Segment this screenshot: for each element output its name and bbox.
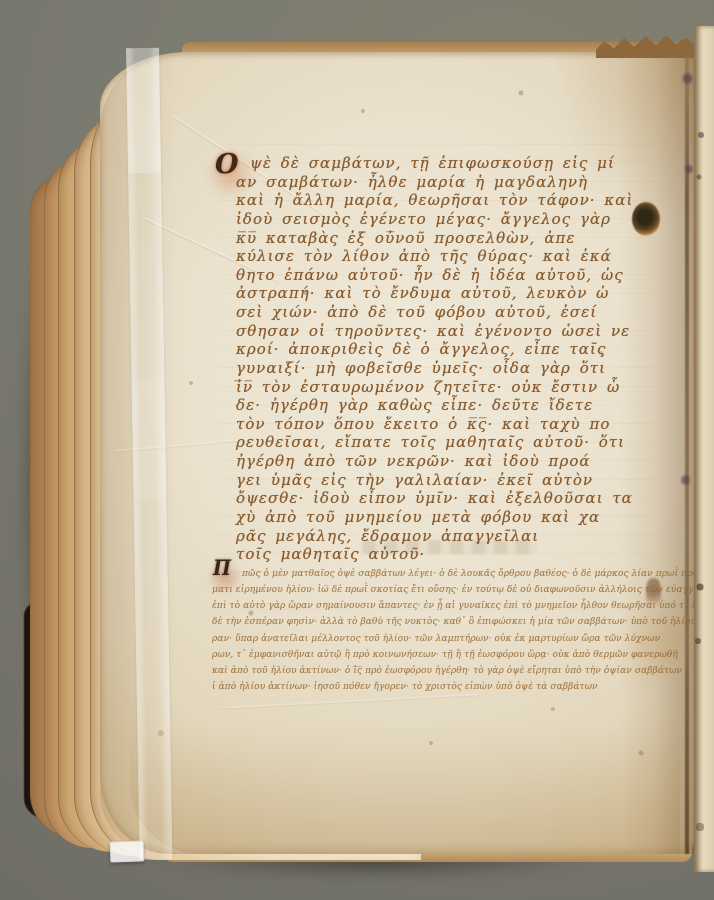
scholion-line: δὲ τὴν ἑσπέραν φησὶν· ἀλλὰ τὸ βαθὺ τῆς ν…: [212, 614, 682, 630]
text-line: ἀστραπή· καὶ τὸ ἔνδυμα αὐτοῦ, λευκὸν ὡ: [236, 284, 656, 303]
parchment-crease: [220, 693, 480, 708]
binding-strap-highlight: [131, 378, 166, 499]
scholion-line: καὶ ἀπὸ τοῦ ἡλίου ἀκτίνων· ὁ ἰ̅ς̅ πρὸ ἑω…: [212, 663, 682, 679]
scholion-line: ρων, τ᾽ ἐμφανισθῆναι αὐτῷ ἢ πρὸ κοινωνήσ…: [212, 647, 682, 663]
text-line: κ̅υ̅ καταβὰς ἐξ οὐ̅νοῦ προσελθὼν, ἀπε: [236, 229, 656, 248]
text-line: τὸν τόπον ὅπου ἔκειτο ὁ κ̅ς̅· καὶ ταχὺ π…: [236, 415, 656, 434]
main-initial-letter: Ο: [215, 149, 239, 180]
text-line: τοῖς μαθηταῖς αὐτοῦ·: [236, 545, 656, 564]
manuscript-photograph: Ο ψὲ δὲ σαμβάτων, τῇ ἐπιφωσκούσῃ εἰς μί …: [0, 0, 714, 900]
binding-strap-tab: [110, 840, 145, 862]
text-line: χὺ ἀπὸ τοῦ μνημείου μετὰ φόβου καὶ χα: [236, 508, 656, 527]
gutter-stain: [681, 474, 690, 486]
scholion-text-block: πῶς ὁ μὲν ματθαῖος ὀψὲ σαββάτων λέγει· ὁ…: [212, 566, 682, 695]
scholion-line: πῶς ὁ μὲν ματθαῖος ὀψὲ σαββάτων λέγει· ὁ…: [242, 566, 682, 582]
gospel-text-block: ψὲ δὲ σαμβάτων, τῇ ἐπιφωσκούσῃ εἰς μί αν…: [236, 154, 656, 564]
text-line: γυναιξί· μὴ φοβεῖσθε ὑμεῖς· οἶδα γὰρ ὅτι: [236, 359, 656, 378]
text-line: σθησαν οἱ τηροῦντες· καὶ ἐγένοντο ὡσεὶ ν…: [236, 322, 656, 341]
gutter-stain: [682, 72, 693, 85]
manuscript-page: Ο ψὲ δὲ σαμβάτων, τῇ ἐπιφωσκούσῃ εἰς μί …: [100, 52, 694, 854]
text-line: ὄψεσθε· ἰδοὺ εἶπον ὑμῖν· καὶ ἐξελθοῦσαι …: [236, 489, 656, 508]
text-line: θητο ἐπάνω αὐτοῦ· ἦν δὲ ἡ ἰδέα αὐτοῦ, ὡς: [236, 266, 656, 285]
text-line: ρᾶς μεγάλης, ἔδραμον ἀπαγγεῖλαι: [236, 527, 656, 546]
facing-page-sliver: [694, 26, 714, 872]
text-line: ἠγέρθη ἀπὸ τῶν νεκρῶν· καὶ ἰδοὺ προά: [236, 452, 656, 471]
text-line: ρευθεῖσαι, εἴπατε τοῖς μαθηταῖς αὐτοῦ· ὅ…: [236, 433, 656, 452]
text-line: καὶ ἡ ἄλλη μαρία, θεωρῆσαι τὸν τάφον· κα…: [236, 191, 656, 210]
scholion-line: ραν· ὕπαρ ἀνατεῖλαι μέλλοντος τοῦ ἡλίου·…: [212, 631, 682, 647]
binding-strap-highlight: [126, 48, 161, 174]
scholion-line: ἰ ἀπὸ ἡλίου ἀκτίνων· ἰησοῦ πόθεν ἤγορεν·…: [212, 679, 682, 695]
text-line: κροί· ἀποκριθεὶς δὲ ὁ ἄγγελος, εἶπε ταῖς: [236, 340, 656, 359]
scholion-line: ἐπὶ τὸ αὐτὸ γὰρ ὥραν σημαίνουσιν ἅπαντες…: [212, 598, 682, 614]
facing-page-stains: [696, 26, 698, 28]
gutter-stain: [685, 164, 693, 174]
text-line: ἰ̅ν̅ τὸν ἐσταυρωμένον ζητεῖτε· οὐκ ἔστιν…: [236, 378, 656, 397]
text-line: κύλισε τὸν λίθον ἀπὸ τῆς θύρας· καὶ ἐκά: [236, 247, 656, 266]
scholion-line: ματι εἰρημένου ἡλίου· ἰω̅ δὲ πρωῒ σκοτία…: [212, 582, 682, 598]
text-line: αν σαμβάτων· ἦλθε μαρία ἡ μαγδαληνὴ: [236, 173, 656, 192]
text-line: ἰδοὺ σεισμὸς ἐγένετο μέγας· ἄγγελος γὰρ: [236, 210, 656, 229]
text-line: ψὲ δὲ σαμβάτων, τῇ ἐπιφωσκούσῃ εἰς μί: [250, 154, 656, 173]
text-line: σεὶ χιών· ἀπὸ δὲ τοῦ φόβου αὐτοῦ, ἐσεί: [236, 303, 656, 322]
text-line: γει ὑμᾶς εἰς τὴν γαλιλαίαν· ἐκεῖ αὐτὸν: [236, 471, 656, 490]
ink-freckles: [100, 52, 102, 54]
page-shading: [130, 724, 680, 854]
text-line: δε· ἠγέρθη γὰρ καθὼς εἶπε· δεῦτε ἴδετε: [236, 396, 656, 415]
